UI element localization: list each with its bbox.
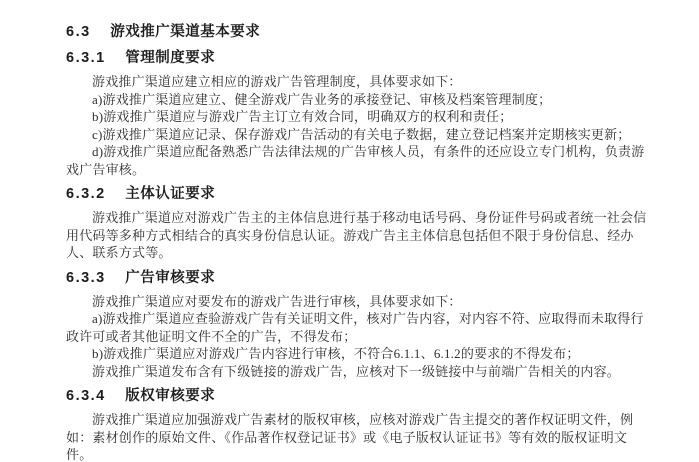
section-heading-6-3-4: 6.3.4 版权审核要求	[66, 387, 653, 406]
paragraph: 游戏推广渠道应建立相应的游戏广告管理制度，具体要求如下：	[66, 73, 653, 91]
section-number: 6.3	[66, 23, 91, 42]
section-title: 游戏推广渠道基本要求	[110, 24, 260, 40]
section-heading-6-3: 6.3 游戏推广渠道基本要求	[66, 23, 653, 42]
section-number: 6.3.3	[66, 269, 106, 288]
document-page: 6.3 游戏推广渠道基本要求 6.3.1 管理制度要求 游戏推广渠道应建立相应的…	[0, 0, 699, 462]
section-heading-6-3-3: 6.3.3 广告审核要求	[66, 269, 653, 288]
section-heading-6-3-2: 6.3.2 主体认证要求	[66, 185, 653, 204]
section-number: 6.3.1	[66, 49, 106, 68]
section-title: 主体认证要求	[125, 186, 215, 202]
paragraph-item-d: d)游戏推广渠道应配备熟悉广告法律法规的广告审核人员，有条件的还应设立专门机构，…	[66, 143, 653, 178]
paragraph: 游戏推广渠道应加强游戏广告素材的版权审核，应核对游戏广告主提交的著作权证明文件，…	[66, 411, 653, 462]
paragraph-item-b: b)游戏推广渠道应对游戏广告内容进行审核，不符合6.1.1、6.1.2的要求的不…	[66, 345, 653, 363]
section-heading-6-3-1: 6.3.1 管理制度要求	[66, 49, 653, 68]
section-title: 版权审核要求	[125, 388, 215, 404]
paragraph-item-a: a)游戏推广渠道应建立、健全游戏广告业务的承接登记、审核及档案管理制度；	[66, 91, 653, 109]
paragraph: 游戏推广渠道应对游戏广告主的主体信息进行基于移动电话号码、身份证件号码或者统一社…	[66, 209, 653, 262]
paragraph: 游戏推广渠道应对要发布的游戏广告进行审核，具体要求如下：	[66, 293, 653, 311]
paragraph-item-b: b)游戏推广渠道应与游戏广告主订立有效合同，明确双方的权利和责任；	[66, 108, 653, 126]
section-number: 6.3.4	[66, 387, 106, 406]
section-number: 6.3.2	[66, 185, 106, 204]
section-title: 管理制度要求	[125, 50, 215, 66]
section-title: 广告审核要求	[125, 270, 215, 286]
paragraph-item-c: c)游戏推广渠道应记录、保存游戏广告活动的有关电子数据，建立登记档案并定期核实更…	[66, 126, 653, 144]
paragraph-item-a: a)游戏推广渠道应查验游戏广告有关证明文件，核对广告内容，对内容不符、应取得而未…	[66, 310, 653, 345]
paragraph: 游戏推广渠道发布含有下级链接的游戏广告，应核对下一级链接中与前端广告相关的内容。	[66, 363, 653, 381]
